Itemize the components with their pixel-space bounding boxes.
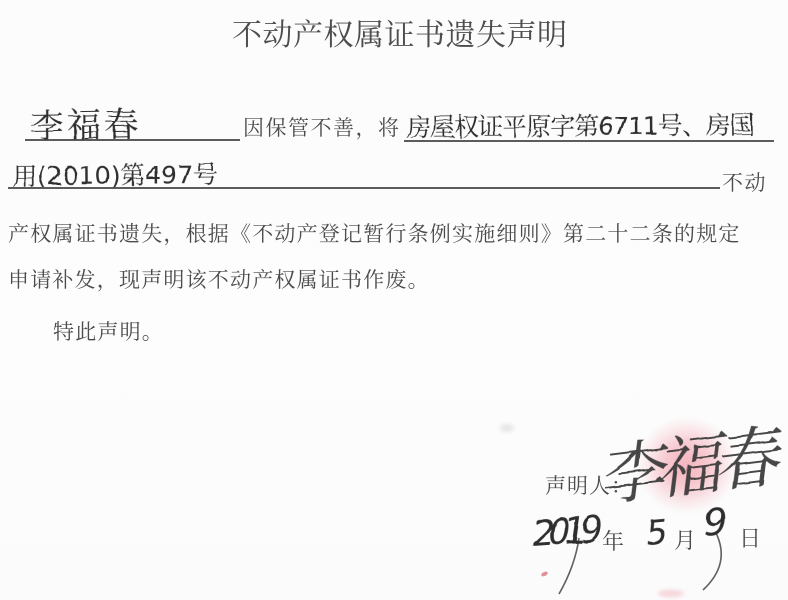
name-blank-underline — [25, 139, 240, 141]
date-month-handwritten: 5 — [644, 512, 669, 554]
certificate-blank-underline-2 — [8, 187, 720, 189]
date-year-handwritten: 2019 — [529, 510, 598, 556]
date-day-handwritten: 9 — [701, 499, 730, 545]
closing-statement: 特此声明。 — [53, 316, 164, 346]
year-unit-label: 年 — [602, 525, 625, 556]
printed-line-3: 产权属证书遗失，根据《不动产登记暂行条例实施细则》第二十二条的规定 — [8, 218, 741, 248]
document-page: 不动产权属证书遗失声明 李福春 因保管不善，将 房屋权证平原字第6711号、房国… — [0, 0, 788, 600]
red-smudge-bottom — [658, 590, 684, 597]
document-title: 不动产权属证书遗失声明 — [232, 10, 568, 54]
gray-smudge — [500, 424, 514, 432]
certificate-blank-underline-1 — [404, 140, 774, 142]
printed-segment-2: 不动 — [722, 167, 767, 197]
printed-segment-1: 因保管不善，将 — [243, 112, 401, 142]
day-unit-label: 日 — [739, 522, 762, 553]
printed-line-4: 申请补发，现声明该不动产权属证书作废。 — [8, 264, 430, 294]
certificate-number-handwritten-line1: 房屋权证平原字第6711号、房国 — [406, 106, 754, 144]
red-ink-speck — [540, 571, 548, 578]
signature-handwritten: 李福春 — [598, 402, 783, 520]
month-unit-label: 月 — [674, 524, 697, 555]
